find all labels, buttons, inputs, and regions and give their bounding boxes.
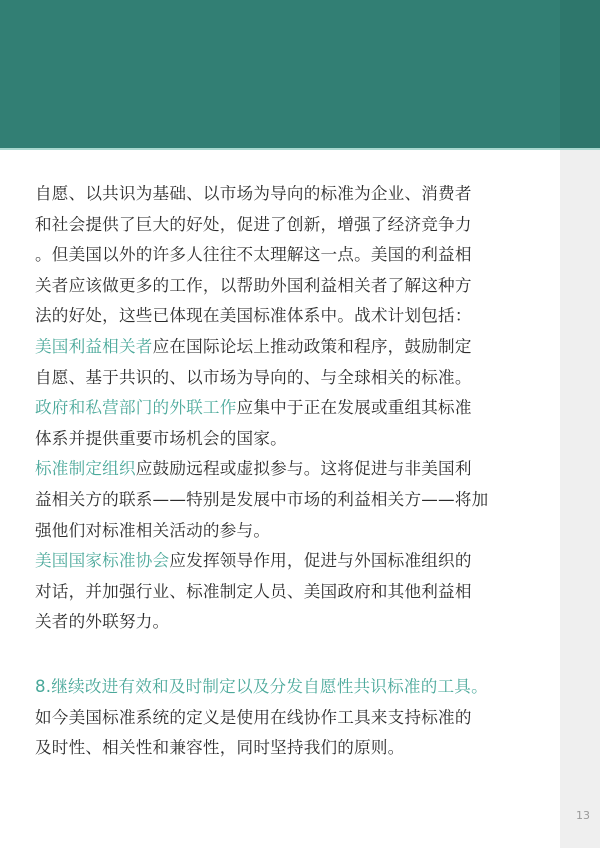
tactic-ansi: 美国国家标准协会应发挥领导作用，促进与外国标准组织的: [35, 546, 560, 577]
tactic-text: 应在国际论坛上推动政策和程序，鼓励制定: [153, 337, 472, 356]
intro-line: 和社会提供了巨大的好处，促进了创新，增强了经济竞争力: [35, 210, 560, 241]
intro-line: 法的好处，这些已体现在美国标准体系中。战术计划包括：: [35, 301, 560, 332]
tactic-us-stakeholders: 美国利益相关者应在国际论坛上推动政策和程序，鼓励制定: [35, 332, 560, 363]
header-rule: [0, 148, 600, 150]
intro-line: 。但美国以外的许多人往往不太理解这一点。美国的利益相: [35, 240, 560, 271]
section-8-line: 及时性、相关性和兼容性，同时坚持我们的原则。: [35, 733, 560, 764]
tactic-text-line: 益相关方的联系——特别是发展中市场的利益相关方——将加: [35, 485, 560, 516]
tactic-highlight: 政府和私营部门的外联工作: [35, 398, 237, 417]
section-gap: [35, 638, 560, 672]
tactic-text-line: 自愿、基于共识的、以市场为导向的、与全球相关的标准。: [35, 363, 560, 394]
tactic-highlight: 美国利益相关者: [35, 337, 153, 356]
header-band: [0, 0, 600, 148]
page-number: 13: [572, 809, 594, 822]
side-margin-strip: [560, 150, 600, 848]
tactic-outreach: 政府和私营部门的外联工作应集中于正在发展或重组其标准: [35, 393, 560, 424]
tactic-highlight: 标准制定组织: [35, 459, 136, 478]
section-8-heading: 8.继续改进有效和及时制定以及分发自愿性共识标准的工具。: [35, 672, 560, 703]
intro-line: 自愿、以共识为基础、以市场为导向的标准为企业、消费者: [35, 179, 560, 210]
tactic-text-line: 关者的外联努力。: [35, 607, 560, 638]
body-text: 自愿、以共识为基础、以市场为导向的标准为企业、消费者 和社会提供了巨大的好处，促…: [35, 179, 560, 764]
tactic-highlight: 美国国家标准协会: [35, 551, 169, 570]
tactic-text: 应集中于正在发展或重组其标准: [237, 398, 472, 417]
tactic-text: 应鼓励远程或虚拟参与。这将促进与非美国利: [136, 459, 472, 478]
tactic-text-line: 体系并提供重要市场机会的国家。: [35, 424, 560, 455]
tactic-sdo: 标准制定组织应鼓励远程或虚拟参与。这将促进与非美国利: [35, 454, 560, 485]
header-margin-shade: [560, 0, 600, 148]
tactic-text-line: 对话，并加强行业、标准制定人员、美国政府和其他利益相: [35, 577, 560, 608]
tactic-text: 应发挥领导作用，促进与外国标准组织的: [169, 551, 471, 570]
intro-line: 关者应该做更多的工作，以帮助外国利益相关者了解这种方: [35, 271, 560, 302]
tactic-text-line: 强他们对标准相关活动的参与。: [35, 516, 560, 547]
section-8-line: 如今美国标准系统的定义是使用在线协作工具来支持标准的: [35, 703, 560, 734]
